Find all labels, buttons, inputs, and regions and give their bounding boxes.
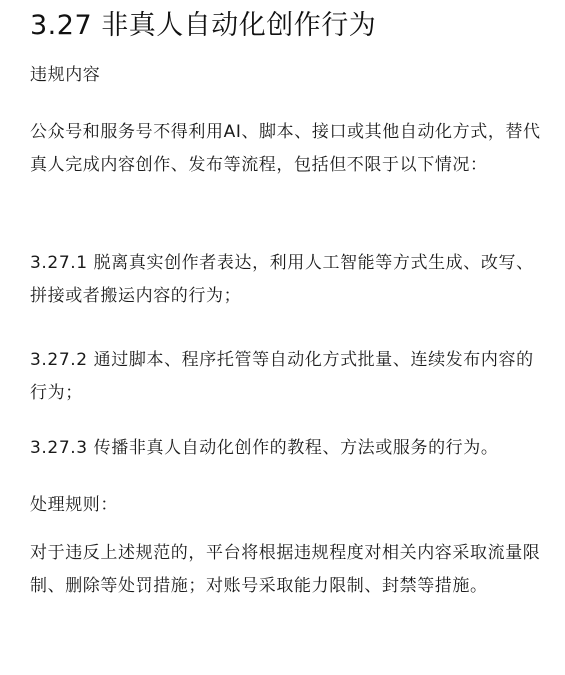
clause-3-27-3: 3.27.3 传播非真人自动化创作的教程、方法或服务的行为。: [30, 432, 545, 465]
clause-3-27-1: 3.27.1 脱离真实创作者表达，利用人工智能等方式生成、改写、拼接或者搬运内容…: [30, 247, 545, 313]
handling-heading: 处理规则：: [30, 489, 545, 522]
handling-paragraph: 对于违反上述规范的，平台将根据违规程度对相关内容采取流量限制、删除等处罚措施；对…: [30, 537, 545, 603]
intro-paragraph: 公众号和服务号不得利用AI、脚本、接口或其他自动化方式，替代真人完成内容创作、发…: [30, 116, 545, 182]
clause-3-27-2: 3.27.2 通过脚本、程序托管等自动化方式批量、连续发布内容的行为；: [30, 344, 545, 410]
document-page: 3.27 非真人自动化创作行为 违规内容 公众号和服务号不得利用AI、脚本、接口…: [0, 0, 565, 675]
section-title: 3.27 非真人自动化创作行为: [30, 8, 376, 44]
violation-heading: 违规内容: [30, 59, 545, 92]
